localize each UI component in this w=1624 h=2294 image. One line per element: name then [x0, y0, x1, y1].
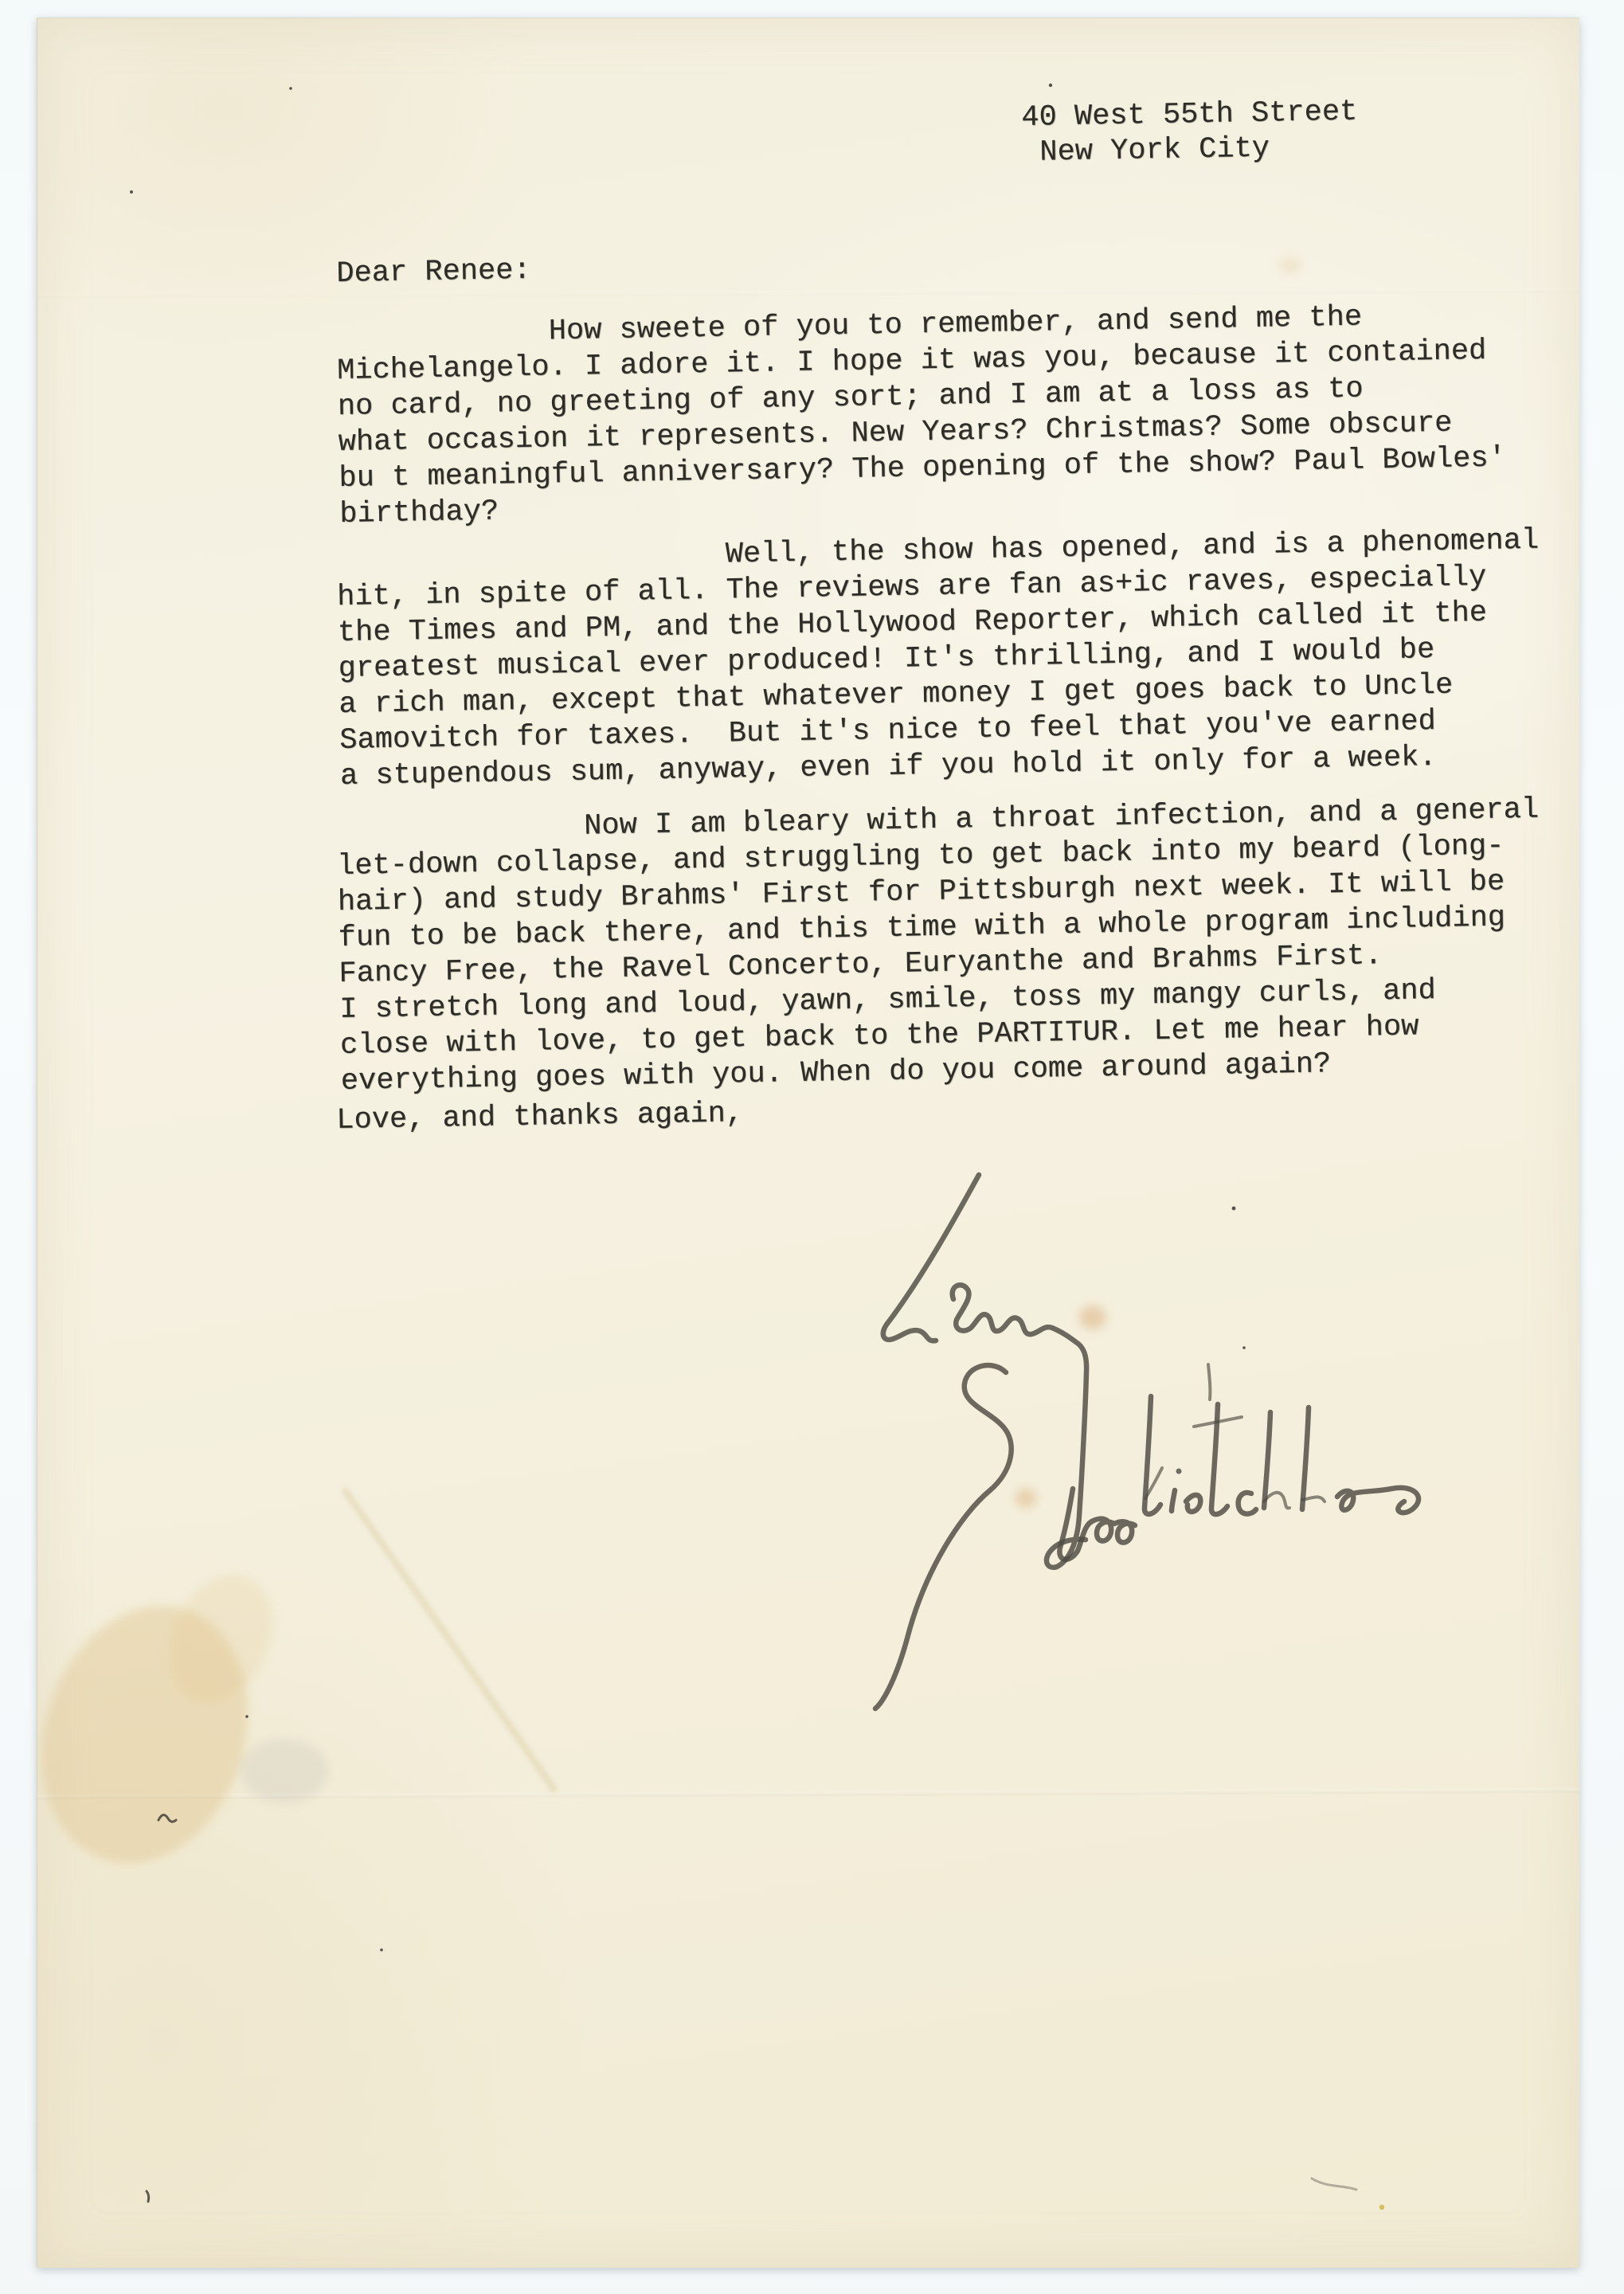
- scuff-mark: [1312, 2179, 1356, 2190]
- letter-page: 40 West 55th Street New York City Dear R…: [37, 18, 1579, 2268]
- grey-smudge: [241, 1739, 328, 1803]
- tan-stain-left-small: [149, 1558, 293, 1721]
- sender-address: 40 West 55th Street New York City: [1021, 95, 1358, 170]
- yellow-speck: [1379, 2205, 1384, 2210]
- tan-stain-left: [10, 1579, 280, 1890]
- fox-spot-signature-lower: [1015, 1489, 1036, 1508]
- signature-lenny: [883, 1175, 1086, 1568]
- scanner-background: 40 West 55th Street New York City Dear R…: [0, 0, 1624, 2294]
- diagonal-scuff-streak: [340, 1486, 559, 1795]
- stray-pencil-marks: [147, 1814, 1384, 2210]
- fox-spot-top-right: [1280, 257, 1301, 273]
- signature-spookietchke: [875, 1364, 1419, 1709]
- letter-paragraph-1: How sweete of you to remember, and send …: [336, 297, 1507, 533]
- small-squiggle-mark: [158, 1814, 176, 1822]
- closing-line: Love, and thanks again,: [336, 1096, 743, 1139]
- letter-paragraph-2: Well, the show has opened, and is a phen…: [336, 523, 1543, 795]
- fox-spot-signature-upper: [1079, 1306, 1106, 1329]
- fold-crease-top: [37, 288, 1579, 299]
- fold-crease-bottom: [37, 1788, 1579, 1799]
- apostrophe-mark: [147, 2191, 149, 2202]
- letter-paragraph-3: Now I am bleary with a throat infection,…: [336, 793, 1544, 1100]
- salutation: Dear Renee:: [336, 253, 531, 292]
